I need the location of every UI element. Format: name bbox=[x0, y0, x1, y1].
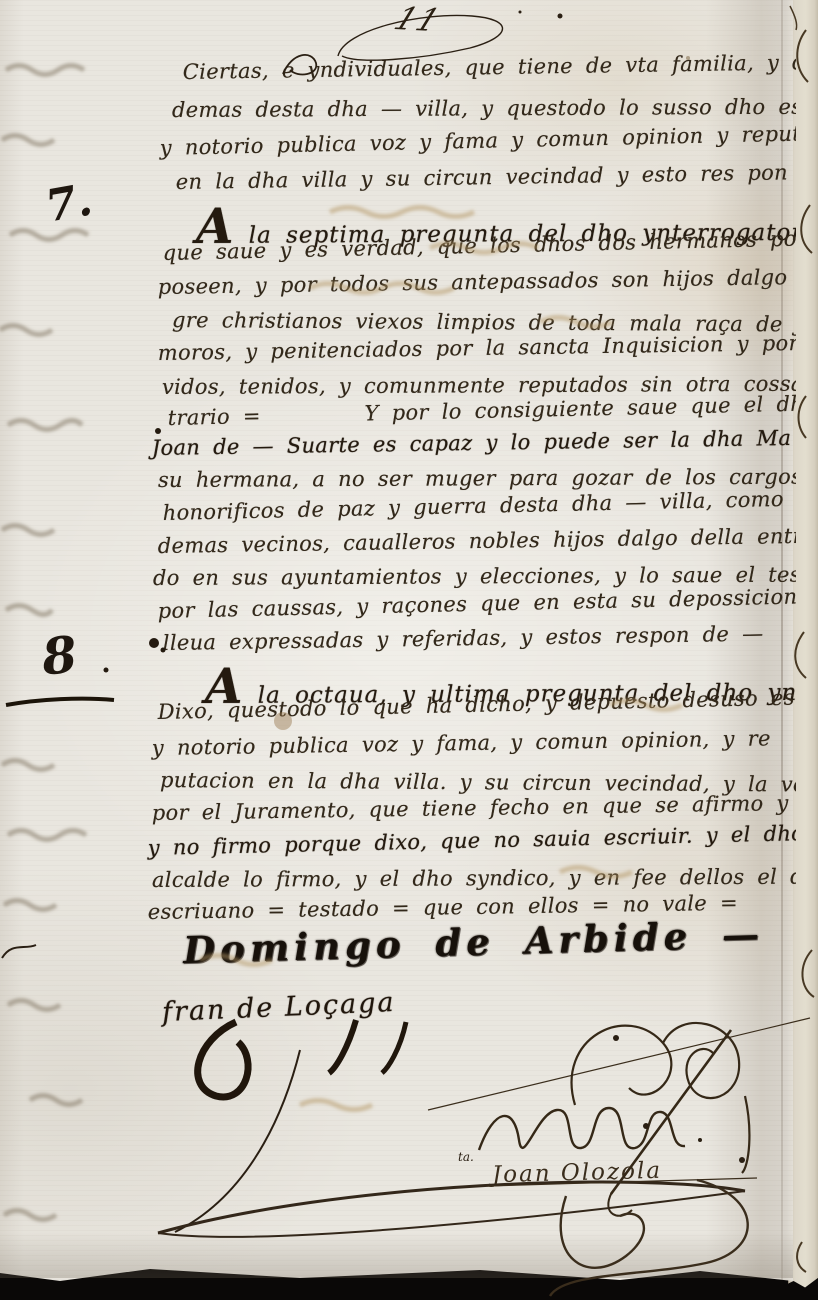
manuscript-line: por las caussas, y raçones que en esta s… bbox=[158, 586, 796, 622]
manuscript-line: por el Juramento, que tiene fecho en que… bbox=[152, 791, 796, 824]
manuscript-line: moros, y penitenciados por la sancta Inq… bbox=[158, 331, 796, 364]
manuscript-line: en la dha villa y su circun vecindad y e… bbox=[176, 162, 796, 193]
folio-number: 11 bbox=[389, 1, 447, 39]
manuscript-line: do en sus ayuntamientos y elecciones, y … bbox=[153, 564, 796, 589]
manuscript-line: y no firmo porque dixo, que no sauia esc… bbox=[148, 821, 796, 859]
manuscript-line: demas desta dha — villa, y questodo lo s… bbox=[172, 96, 796, 121]
manuscript-line: honorificos de paz y guerra desta dha — … bbox=[163, 488, 796, 524]
manuscript-line: Ciertas, e yndividuales, que tiene de vt… bbox=[183, 51, 796, 83]
manuscript-scan: 11 7. 8 Ciertas, e yndividuales, que tie… bbox=[0, 0, 818, 1300]
manuscript-line: y notorio publica voz y fama y comun opi… bbox=[160, 122, 796, 159]
manuscript-line: Joan de — Suarte es capaz y lo puede ser… bbox=[152, 427, 796, 459]
manuscript-line: y notorio publica voz y fama, y comun op… bbox=[152, 728, 771, 759]
margin-number-7: 7. bbox=[42, 174, 96, 232]
manuscript-line: demas vecinos, caualleros nobles hijos d… bbox=[158, 525, 796, 557]
manuscript-line: su hermana, a no ser muger para gozar de… bbox=[158, 466, 796, 491]
margin-number-8: 8 bbox=[39, 624, 80, 686]
small-marginal-note: ta. bbox=[458, 1150, 474, 1164]
manuscript-line: lleua expressadas y referidas, y estos r… bbox=[163, 624, 764, 654]
manuscript-line: poseen, y por todos sus antepassados son… bbox=[158, 264, 796, 298]
signature-joan-olozola: Joan Olozola bbox=[492, 1158, 663, 1188]
handwriting-layer: 11 7. 8 Ciertas, e yndividuales, que tie… bbox=[0, 0, 796, 1300]
signature-fran-de-locaga: fran de Loçaga bbox=[161, 987, 396, 1028]
manuscript-line: alcalde lo firmo, y el dho syndico, y en… bbox=[152, 866, 796, 891]
